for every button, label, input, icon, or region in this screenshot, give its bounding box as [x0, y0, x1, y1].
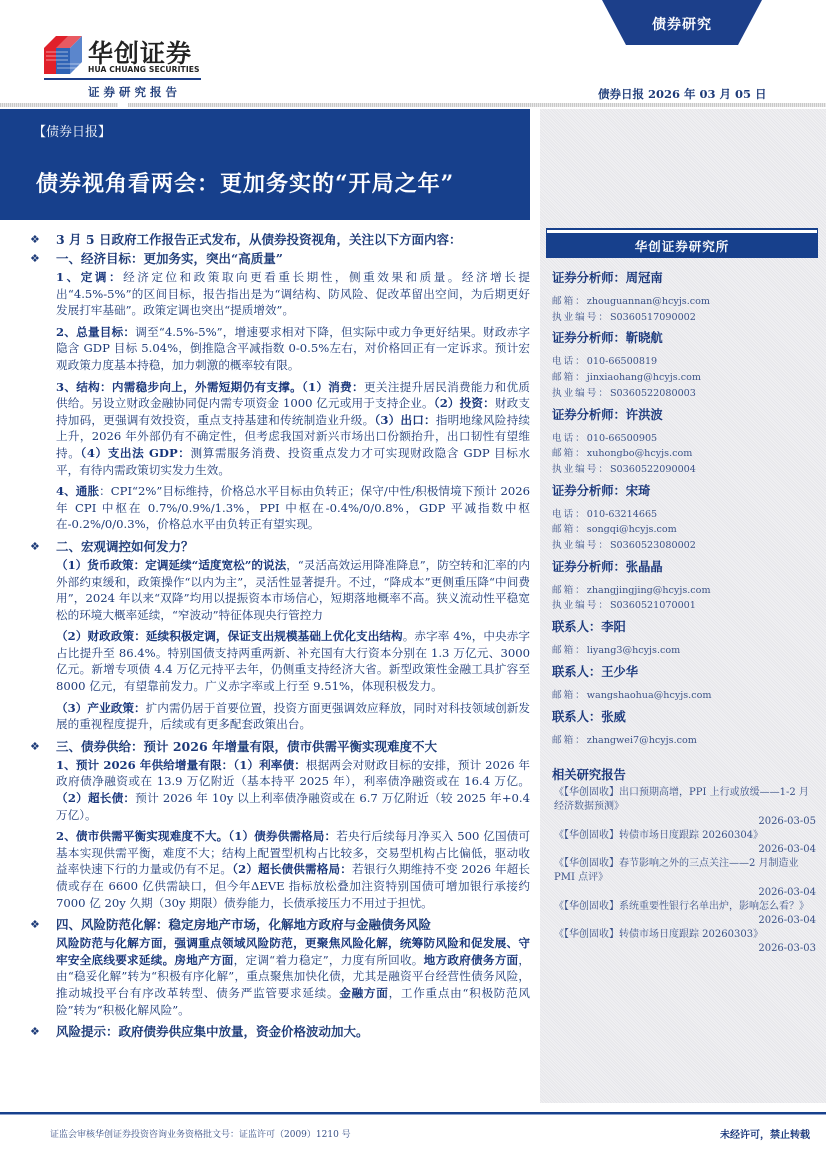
body-text: ：CPI“2%”目标维持，价格总水平目标由负转正；保守/中性/积极情境下预计 2… [56, 484, 530, 531]
contact-value: S0360523080002 [610, 540, 696, 551]
analyst-person: 张晶晶 [626, 559, 663, 574]
contact-value: S0360521070001 [610, 600, 696, 611]
contact-line: 执业编号：S0360523080002 [552, 538, 818, 554]
related-report-date: 2026-03-04 [552, 843, 818, 857]
contact-label: 邮箱： [552, 524, 587, 535]
emphasis-text: 地方政府债务方面 [424, 953, 519, 967]
title-banner: 【债券日报】 债券视角看两会：更加务实的“开局之年” [0, 109, 530, 220]
section-heading-text: 三、债券供给：预计 2026 年增量有限，债市供需平衡实现难度不大 [56, 739, 437, 754]
analyst-card: 证券分析师：靳晓航电话：010-66500819邮箱：jinxiaohang@h… [552, 328, 818, 401]
email-link[interactable]: zhangwei7@hcyjs.com [587, 735, 697, 746]
section-paragraph: 1、预计 2026 年供给增量有限：（1）利率债：根据两会对财政目标的安排，预计… [56, 757, 530, 823]
intro-bullet-text: 3 月 5 日政府工作报告正式发布，从债券投资视角，关注以下方面内容： [56, 232, 461, 247]
contact-value: S0360522090004 [610, 464, 696, 475]
contact-label: 电话： [552, 433, 587, 444]
emphasis-text: （2）投资： [434, 396, 495, 410]
analyst-card: 证券分析师：张晶晶邮箱：zhangjingjing@hcyjs.com执业编号：… [552, 557, 818, 614]
analyst-contact: 邮箱：zhouguannan@hcyjs.com执业编号：S0360517090… [552, 294, 818, 325]
analyst-name: 证券分析师：宋琦 [552, 481, 818, 501]
analyst-contact: 邮箱：zhangjingjing@hcyjs.com执业编号：S03605210… [552, 583, 818, 614]
section-heading: ❖一、经济目标：更加务实，突出“高质量” [30, 250, 530, 267]
analyst-list: 证券分析师：周冠南邮箱：zhouguannan@hcyjs.com执业编号：S0… [552, 266, 818, 957]
emphasis-text: 金融方面 [339, 986, 388, 1000]
body-text: ，定调“着力稳定”，力度有所回收。 [234, 953, 424, 967]
email-link[interactable]: zhouguannan@hcyjs.com [587, 296, 710, 307]
analyst-contact: 邮箱：zhangwei7@hcyjs.com [552, 733, 818, 749]
diamond-bullet-icon: ❖ [30, 538, 40, 555]
header-divider [128, 103, 826, 107]
contact-line: 电话：010-66500819 [552, 354, 818, 370]
contact-label: 执业编号： [552, 388, 610, 399]
related-report-date: 2026-03-03 [552, 942, 818, 956]
analyst-person: 宋琦 [626, 483, 651, 498]
contact-line: 邮箱：jinxiaohang@hcyjs.com [552, 370, 818, 386]
analyst-role: 联系人： [552, 619, 601, 634]
analyst-card: 证券分析师：许洪波电话：010-66500905邮箱：xuhongbo@hcyj… [552, 405, 818, 478]
emphasis-text: （2）财政政策：延续积极定调，保证支出规模基础上优化支出结构 [56, 629, 403, 643]
section-paragraph: 风险防范与化解方面，强调重点领域风险防范，更聚焦风险化解，统筹防风险和促发展、守… [56, 935, 530, 1018]
related-report-link[interactable]: 《【华创固收】出口预期高增，PPI 上行或放缓——1-2 月经济数据预测》 [552, 786, 818, 814]
document-date: 债券日报 2026 年 03 月 05 日 [598, 86, 767, 102]
email-link[interactable]: jinxiaohang@hcyjs.com [587, 372, 701, 383]
analyst-person: 张威 [601, 709, 626, 724]
emphasis-text: 1、预计 2026 年供给增量有限：（1）利率债： [56, 758, 306, 772]
contact-label: 电话： [552, 509, 587, 520]
contact-line: 邮箱：zhouguannan@hcyjs.com [552, 294, 818, 310]
related-report-date: 2026-03-05 [552, 815, 818, 829]
contact-value: S0360522080003 [610, 388, 696, 399]
header-divider-left [0, 103, 118, 107]
analyst-contact: 电话：010-66500905邮箱：xuhongbo@hcyjs.com执业编号… [552, 431, 818, 478]
section-heading: ❖二、宏观调控如何发力？ [30, 538, 530, 555]
emphasis-text: 2、总量目标： [56, 325, 135, 339]
analyst-card: 联系人：张威邮箱：zhangwei7@hcyjs.com [552, 707, 818, 749]
analyst-role: 证券分析师： [552, 559, 626, 574]
section-heading-text: 二、宏观调控如何发力？ [56, 539, 194, 554]
section-paragraph: 2、总量目标：调至“4.5%-5%”，增速要求相对下降，但实际中或力争更好结果。… [56, 324, 530, 374]
section-paragraph: 3、结构：内需稳步向上，外需短期仍有支撑。（1）消费：更关注提升居民消费能力和优… [56, 379, 530, 479]
risk-warning-text: 风险提示：政府债券供应集中放量，资金价格波动加大。 [56, 1024, 369, 1039]
contact-label: 邮箱： [552, 645, 587, 656]
contact-line: 电话：010-63214665 [552, 507, 818, 523]
contact-line: 执业编号：S0360522080003 [552, 386, 818, 402]
diamond-bullet-icon: ❖ [30, 738, 40, 755]
emphasis-text: 2、债市供需平衡实现难度不大。（1）债券供需格局： [56, 829, 336, 843]
emphasis-text: 3、结构：内需稳步向上，外需短期仍有支撑。（1）消费： [56, 380, 364, 394]
section-paragraph: 1、定调：经济定位和政策取向更看重长期性，侧重效果和质量。经济增长提出“4.5%… [56, 269, 530, 319]
email-link[interactable]: wangshaohua@hcyjs.com [587, 690, 712, 701]
emphasis-text: （4）支出法 GDP： [80, 446, 190, 460]
email-link[interactable]: xuhongbo@hcyjs.com [587, 448, 693, 459]
section-paragraph: （2）财政政策：延续积极定调，保证支出规模基础上优化支出结构。赤字率 4%，中央… [56, 628, 530, 694]
related-reports-heading: 相关研究报告 [552, 765, 818, 783]
contact-label: 邮箱： [552, 372, 587, 383]
contact-label: 邮箱： [552, 690, 587, 701]
contact-line: 邮箱：wangshaohua@hcyjs.com [552, 688, 818, 704]
section-paragraph: 2、债市供需平衡实现难度不大。（1）债券供需格局：若央行后续每月净买入 500 … [56, 828, 530, 911]
contact-line: 邮箱：zhangwei7@hcyjs.com [552, 733, 818, 749]
analyst-card: 证券分析师：宋琦电话：010-63214665邮箱：songqi@hcyjs.c… [552, 481, 818, 554]
related-report-link[interactable]: 《【华创固收】春节影响之外的三点关注——2 月制造业 PMI 点评》 [552, 857, 818, 885]
emphasis-text: （2）超长债供需格局： [232, 862, 352, 876]
diamond-bullet-icon: ❖ [30, 231, 40, 248]
report-series-tag: 【债券日报】 [33, 121, 111, 140]
contact-line: 邮箱：xuhongbo@hcyjs.com [552, 446, 818, 462]
contact-label: 邮箱： [552, 296, 587, 307]
copyright-notice: 未经许可，禁止转载 [720, 1126, 810, 1141]
contact-line: 执业编号：S0360521070001 [552, 598, 818, 614]
diamond-bullet-icon: ❖ [30, 250, 40, 267]
logo-underline [44, 78, 201, 80]
analyst-role: 证券分析师： [552, 483, 626, 498]
analyst-person: 周冠南 [626, 270, 663, 285]
emphasis-text: （3）出口： [374, 413, 435, 427]
contact-line: 邮箱：liyang3@hcyjs.com [552, 643, 818, 659]
analyst-role: 证券分析师： [552, 407, 626, 422]
section-tab: 债券研究 [602, 0, 762, 45]
section-paragraph: （3）产业政策：扩内需仍居于首要位置，投资方面更强调效应释放，同时对科技领域创新… [56, 700, 530, 733]
contact-label: 执业编号： [552, 312, 610, 323]
contact-label: 邮箱： [552, 585, 587, 596]
sidebar-header: 华创证券研究所 [546, 233, 818, 258]
contact-line: 邮箱：zhangjingjing@hcyjs.com [552, 583, 818, 599]
contact-value: 010-63214665 [587, 509, 657, 520]
analyst-contact: 邮箱：liyang3@hcyjs.com [552, 643, 818, 659]
analyst-name: 联系人：王少华 [552, 662, 818, 682]
email-link[interactable]: zhangjingjing@hcyjs.com [587, 585, 711, 596]
diamond-bullet-icon: ❖ [30, 1023, 40, 1040]
related-report-date: 2026-03-04 [552, 886, 818, 900]
logo-cube-icon [44, 36, 82, 74]
sidebar: 华创证券研究所 证券分析师：周冠南邮箱：zhouguannan@hcyjs.co… [540, 109, 826, 1103]
section-paragraph: 4、通胀：CPI“2%”目标维持，价格总水平目标由负转正；保守/中性/积极情境下… [56, 483, 530, 533]
contact-value: S0360517090002 [610, 312, 696, 323]
analyst-name: 证券分析师：靳晓航 [552, 328, 818, 348]
contact-value: 010-66500819 [587, 356, 657, 367]
analyst-person: 许洪波 [626, 407, 663, 422]
risk-warning: ❖风险提示：政府债券供应集中放量，资金价格波动加大。 [30, 1023, 530, 1040]
contact-value: 010-66500905 [587, 433, 657, 444]
contact-label: 邮箱： [552, 735, 587, 746]
section-heading-text: 四、风险防范化解：稳定房地产市场，化解地方政府与金融债务风险 [56, 917, 431, 932]
contact-label: 电话： [552, 356, 587, 367]
emphasis-text: 1、定调： [56, 270, 123, 284]
related-report-link[interactable]: 《【华创固收】系统重要性银行名单出炉，影响怎么看？》 [552, 900, 818, 914]
contact-label: 执业编号： [552, 540, 610, 551]
analyst-name: 证券分析师：张晶晶 [552, 557, 818, 577]
analyst-role: 证券分析师： [552, 330, 626, 345]
analyst-name: 联系人：李阳 [552, 617, 818, 637]
analyst-contact: 电话：010-63214665邮箱：songqi@hcyjs.com执业编号：S… [552, 507, 818, 554]
contact-label: 邮箱： [552, 448, 587, 459]
analyst-role: 联系人： [552, 664, 601, 679]
contact-label: 执业编号： [552, 600, 610, 611]
section-heading: ❖四、风险防范化解：稳定房地产市场，化解地方政府与金融债务风险 [30, 916, 530, 933]
main-content: ❖3 月 5 日政府工作报告正式发布，从债券投资视角，关注以下方面内容：❖一、经… [30, 231, 530, 1042]
related-report-link[interactable]: 《【华创固收】转债市场日度跟踪 20260304》 [552, 829, 818, 843]
sidebar-header-label: 华创证券研究所 [546, 235, 818, 258]
analyst-name: 证券分析师：周冠南 [552, 268, 818, 288]
contact-line: 执业编号：S0360522090004 [552, 462, 818, 478]
analyst-person: 王少华 [601, 664, 638, 679]
analyst-contact: 邮箱：wangshaohua@hcyjs.com [552, 688, 818, 704]
analyst-card: 联系人：王少华邮箱：wangshaohua@hcyjs.com [552, 662, 818, 704]
analyst-card: 证券分析师：周冠南邮箱：zhouguannan@hcyjs.com执业编号：S0… [552, 268, 818, 325]
page-title: 债券视角看两会：更加务实的“开局之年” [36, 167, 454, 198]
emphasis-text: 4、通胀 [56, 484, 99, 498]
analyst-person: 靳晓航 [626, 330, 663, 345]
footer-divider [0, 1112, 826, 1115]
contact-label: 执业编号： [552, 464, 610, 475]
report-type-label: 证券研究报告 [88, 84, 181, 100]
company-logo: 华创证券 HUA CHUANG SECURITIES [44, 36, 202, 80]
emphasis-text: （3）产业政策： [56, 701, 146, 715]
license-statement: 证监会审核华创证券投资咨询业务资格批文号：证监许可（2009）1210 号 [50, 1127, 351, 1140]
analyst-name: 联系人：张威 [552, 707, 818, 727]
analyst-contact: 电话：010-66500819邮箱：jinxiaohang@hcyjs.com执… [552, 354, 818, 401]
section-heading-text: 一、经济目标：更加务实，突出“高质量” [56, 251, 283, 266]
section-tab-label: 债券研究 [602, 14, 762, 34]
section-paragraph: （1）货币政策：定调延续“适度宽松”的说法，“灵活高效运用降准降息”，防空转和汇… [56, 557, 530, 623]
email-link[interactable]: songqi@hcyjs.com [587, 524, 677, 535]
analyst-role: 证券分析师： [552, 270, 626, 285]
emphasis-text: （2）超长债： [56, 791, 135, 805]
analyst-name: 证券分析师：许洪波 [552, 405, 818, 425]
intro-bullet: ❖3 月 5 日政府工作报告正式发布，从债券投资视角，关注以下方面内容： [30, 231, 530, 248]
contact-line: 电话：010-66500905 [552, 431, 818, 447]
body-text: 经济定位和政策取向更看重长期性，侧重效果和质量。经济增长提出“4.5%-5%”的… [56, 270, 530, 317]
analyst-card: 联系人：李阳邮箱：liyang3@hcyjs.com [552, 617, 818, 659]
analyst-role: 联系人： [552, 709, 601, 724]
analyst-person: 李阳 [601, 619, 626, 634]
section-heading: ❖三、债券供给：预计 2026 年增量有限，债市供需平衡实现难度不大 [30, 738, 530, 755]
contact-line: 执业编号：S0360517090002 [552, 310, 818, 326]
logo-english-name: HUA CHUANG SECURITIES [88, 65, 200, 74]
related-report-date: 2026-03-04 [552, 914, 818, 928]
diamond-bullet-icon: ❖ [30, 916, 40, 933]
contact-line: 邮箱：songqi@hcyjs.com [552, 522, 818, 538]
emphasis-text: （1）货币政策：定调延续“适度宽松”的说法 [56, 558, 286, 572]
email-link[interactable]: liyang3@hcyjs.com [587, 645, 680, 656]
related-report-link[interactable]: 《【华创固收】转债市场日度跟踪 20260303》 [552, 928, 818, 942]
